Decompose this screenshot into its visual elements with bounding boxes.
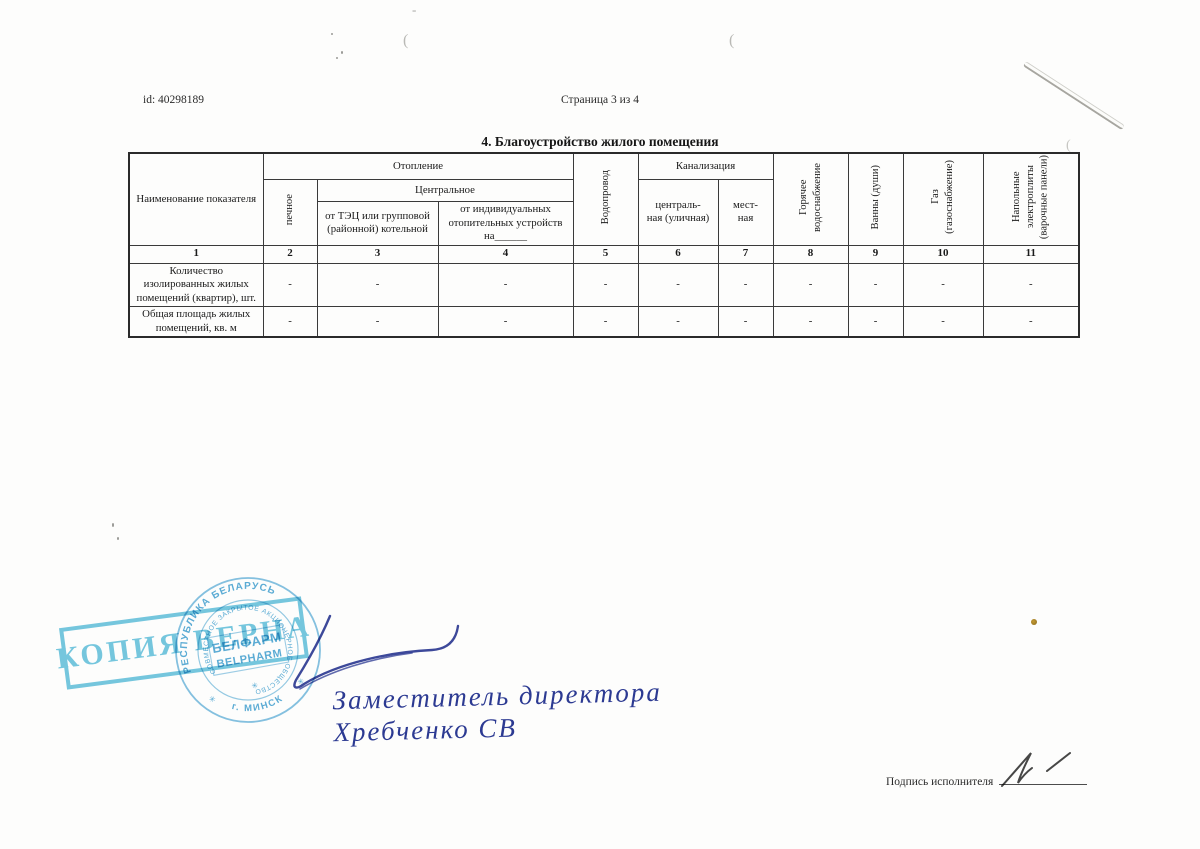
executor-signature-block: Подпись исполнителя xyxy=(886,772,1087,788)
header-water-supply: Водопровод xyxy=(573,153,638,245)
amenities-table: Наименование показателя Отопление Водопр… xyxy=(128,152,1080,338)
header-sewerage-central: централь- ная (уличная) xyxy=(638,179,718,245)
scan-speck xyxy=(341,51,343,54)
column-number-row: 1 2 3 4 5 6 7 8 9 10 11 xyxy=(129,245,1079,263)
header-heating: Отопление xyxy=(263,153,573,179)
row-label: Количество изолированных жилых помещений… xyxy=(129,263,263,306)
scan-speck xyxy=(117,537,119,540)
paper-stain xyxy=(1031,619,1037,625)
handwritten-note: Заместитель директора Хребченко СВ xyxy=(332,677,663,749)
scan-mark: ( xyxy=(729,32,734,50)
scan-speck xyxy=(331,33,333,35)
header-heating-tec: от ТЭЦ или групповой (районной) котельно… xyxy=(317,202,438,245)
scan-mark: ( xyxy=(403,32,408,50)
table-row: Общая площадь жилых помещений, кв. м - -… xyxy=(129,307,1079,337)
signature-underline xyxy=(999,772,1087,785)
header-floor-stoves: Напольные электроплиты (варочные панели) xyxy=(983,153,1079,245)
round-stamp-graphic: РЕСПУБЛИКА БЕЛАРУСЬ г. МИНСК СОВМЕСТНОЕ … xyxy=(152,554,344,746)
scan-speck xyxy=(336,57,338,59)
header-heating-central: Центральное xyxy=(317,179,573,202)
stamp-separator-icon: ✳ xyxy=(251,681,259,691)
table-row: Количество изолированных жилых помещений… xyxy=(129,263,1079,306)
header-indicator: Наименование показателя xyxy=(129,153,263,245)
scan-mark: - xyxy=(412,2,416,18)
stamp-separator-icon: ✳ xyxy=(208,694,216,704)
scan-speck xyxy=(112,523,114,527)
header-gas: Газ (газоснабжение) xyxy=(903,153,983,245)
executor-signature-label: Подпись исполнителя xyxy=(886,776,993,788)
header-heating-stove: печное xyxy=(263,179,317,245)
header-sewerage-local: мест- ная xyxy=(718,179,773,245)
stamp-separator-icon: ✳ xyxy=(297,677,305,687)
section-title: 4. Благоустройство жилого помещения xyxy=(0,134,1200,150)
header-sewerage: Канализация xyxy=(638,153,773,179)
page-indicator: Страница 3 из 4 xyxy=(0,94,1200,106)
header-hot-water: Горячее водоснабжение xyxy=(773,153,848,245)
round-company-stamp: РЕСПУБЛИКА БЕЛАРУСЬ г. МИНСК СОВМЕСТНОЕ … xyxy=(152,554,344,746)
header-baths: Ванны (души) xyxy=(848,153,903,245)
stamp-city-text: г. МИНСК xyxy=(229,692,286,718)
scanned-page: id: 40298189 Страница 3 из 4 4. Благоуст… xyxy=(0,0,1200,849)
header-heating-individual: от индивидуальных отопительных устройств… xyxy=(438,202,573,245)
row-label: Общая площадь жилых помещений, кв. м xyxy=(129,307,263,337)
